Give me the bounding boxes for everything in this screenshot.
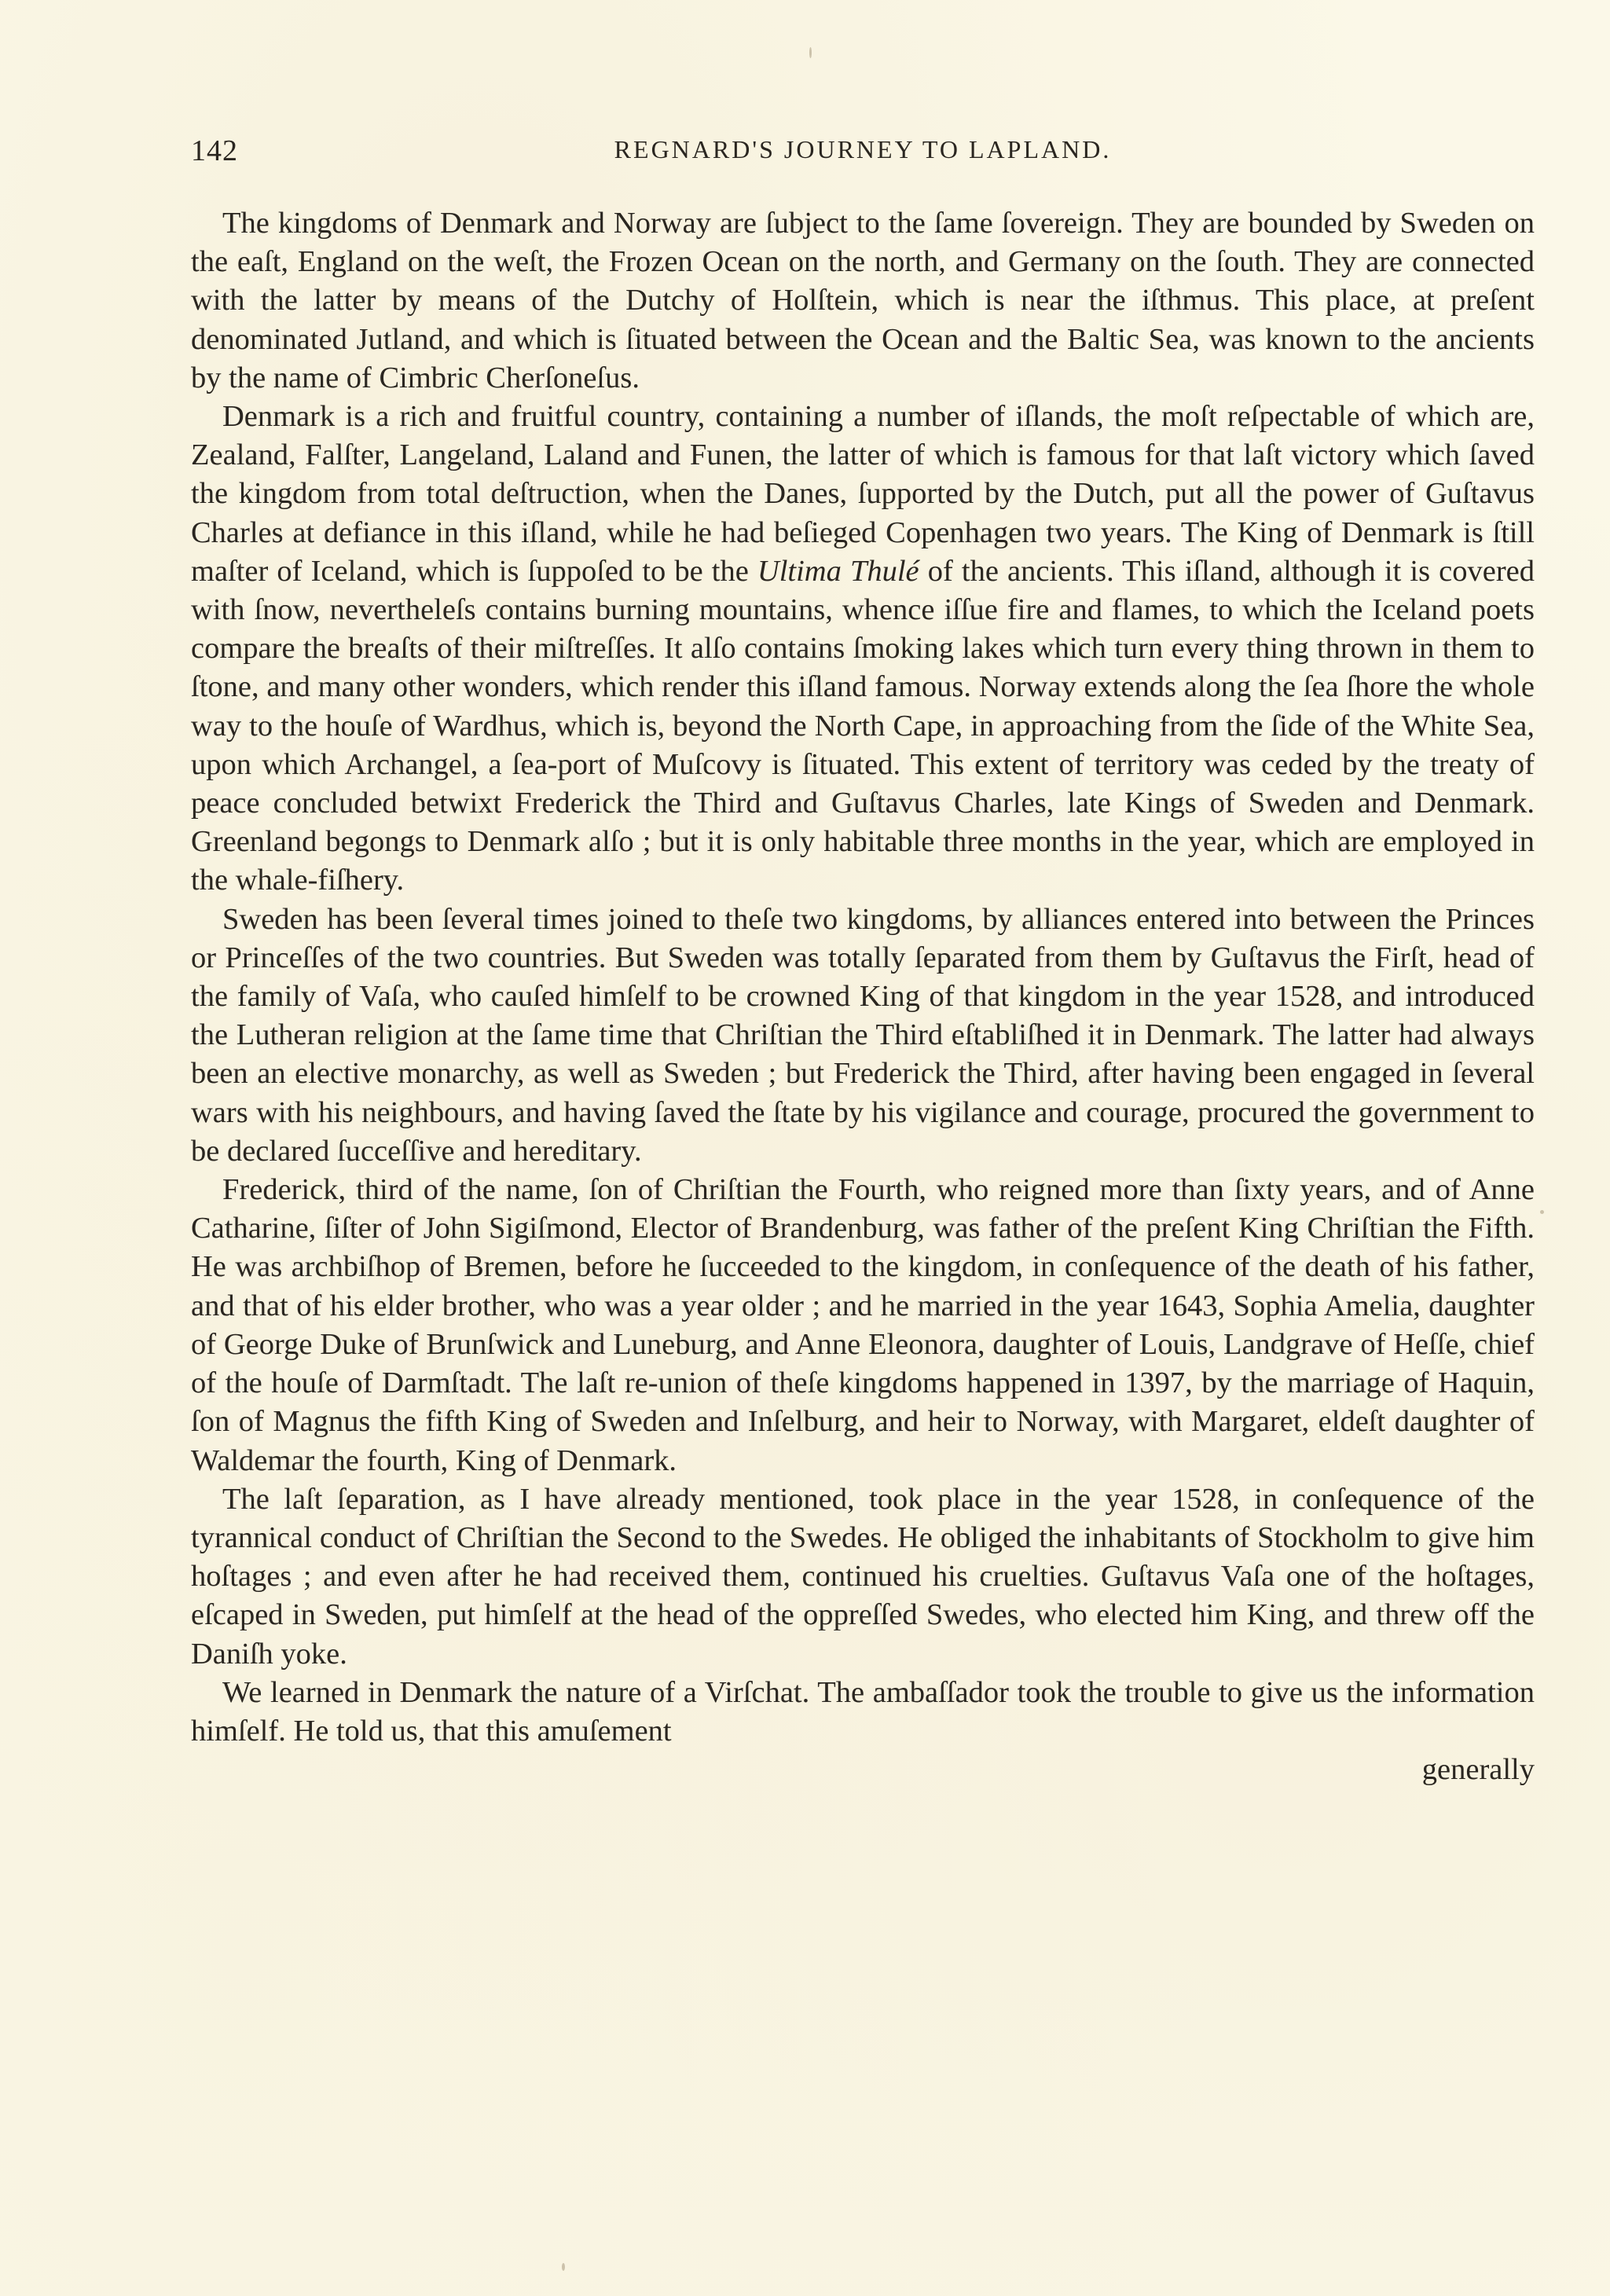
paragraph-text: The kingdoms of Denmark and Norway are ſ… bbox=[191, 207, 1535, 394]
running-head: 142 Regnard's Journey to Lapland. bbox=[191, 134, 1535, 181]
body-text: The kingdoms of Denmark and Norway are ſ… bbox=[191, 204, 1535, 1751]
paragraph-6: We learned in Denmark the nature of a Vi… bbox=[191, 1674, 1535, 1751]
paper-speck bbox=[562, 2263, 565, 2271]
book-page: 142 Regnard's Journey to Lapland. The ki… bbox=[191, 134, 1535, 1789]
paragraph-3: Sweden has been ſeveral times joined to … bbox=[191, 900, 1535, 1171]
paragraph-text: We learned in Denmark the nature of a Vi… bbox=[191, 1676, 1535, 1748]
paragraph-1: The kingdoms of Denmark and Norway are ſ… bbox=[191, 204, 1535, 398]
paragraph-4: Frederick, third of the name, ſon of Chr… bbox=[191, 1171, 1535, 1480]
paragraph-text: Frederick, third of the name, ſon of Chr… bbox=[191, 1173, 1535, 1476]
paragraph-text: of the ancients. This iſland, although i… bbox=[191, 555, 1535, 897]
catchword: generally bbox=[191, 1751, 1535, 1789]
paper-speck bbox=[809, 47, 812, 58]
paper-speck bbox=[1540, 1210, 1544, 1214]
paragraph-text: The laſt ſeparation, as I have already m… bbox=[191, 1483, 1535, 1671]
running-title: Regnard's Journey to Lapland. bbox=[191, 135, 1535, 164]
italic-phrase: Ultima Thulé bbox=[757, 555, 919, 588]
paragraph-5: The laſt ſeparation, as I have already m… bbox=[191, 1480, 1535, 1674]
paragraph-text: Sweden has been ſeveral times joined to … bbox=[191, 903, 1535, 1168]
paragraph-2: Denmark is a rich and fruitful country, … bbox=[191, 398, 1535, 900]
